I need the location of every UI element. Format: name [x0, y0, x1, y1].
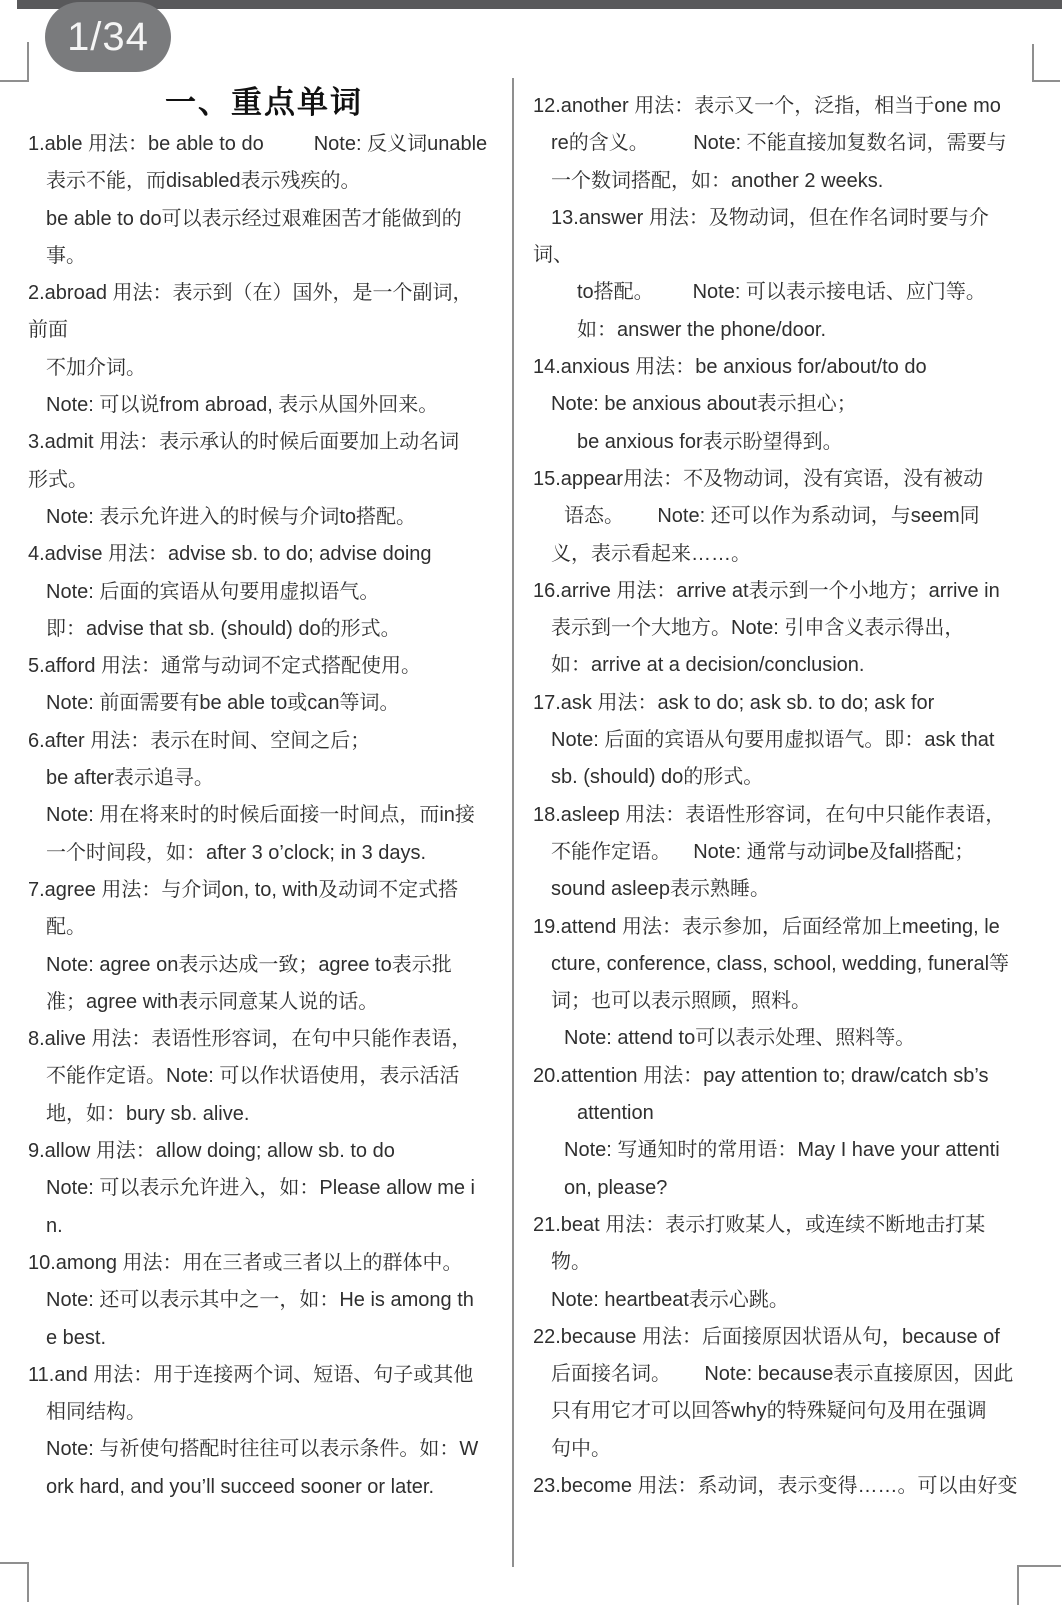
- text-line: 前面: [28, 312, 500, 349]
- text-line: 不能作定语。Note: 可以作状语使用，表示活活: [28, 1058, 500, 1095]
- text-line: 如：arrive at a decision/conclusion.: [533, 647, 1045, 684]
- text-line: 相同结构。: [28, 1394, 500, 1431]
- text-line: 表示不能，而disabled表示残疾的。: [28, 163, 500, 200]
- text-line: on, please?: [533, 1170, 1045, 1207]
- text-line: 准；agree with表示同意某人说的话。: [28, 984, 500, 1021]
- right-column-lines: 12.another 用法：表示又一个，泛指，相当于one more的含义。 N…: [533, 88, 1045, 1505]
- text-line: 3.admit 用法：表示承认的时候后面要加上动名词: [28, 424, 500, 461]
- status-bar: [17, 0, 1062, 9]
- text-line: 表示到一个大地方。Note: 引申含义表示得出，: [533, 610, 1045, 647]
- text-line: 只有用它才可以回答why的特殊疑问句及用在强调: [533, 1393, 1045, 1430]
- text-line: 地，如：bury sb. alive.: [28, 1096, 500, 1133]
- text-line: 不能作定语。 Note: 通常与动词be及fall搭配；: [533, 834, 1045, 871]
- text-line: 7.agree 用法：与介词on, to, with及动词不定式搭: [28, 872, 500, 909]
- text-line: Note: 表示允许进入的时候与介词to搭配。: [28, 499, 500, 536]
- text-line: 23.become 用法：系动词，表示变得……。可以由好变: [533, 1468, 1045, 1505]
- text-line: n.: [28, 1208, 500, 1245]
- text-line: 9.allow 用法：allow doing; allow sb. to do: [28, 1133, 500, 1170]
- text-line: 一个时间段，如：after 3 o’clock; in 3 days.: [28, 835, 500, 872]
- text-line: be after表示追寻。: [28, 760, 500, 797]
- text-line: 8.alive 用法：表语性形容词，在句中只能作表语，: [28, 1021, 500, 1058]
- text-line: Note: be anxious about表示担心；: [533, 386, 1045, 423]
- text-line: Note: 前面需要有be able to或can等词。: [28, 685, 500, 722]
- text-line: Note: 可以说from abroad, 表示从国外回来。: [28, 387, 500, 424]
- left-column-lines: 1.able 用法：be able to do Note: 反义词unable表…: [28, 126, 500, 1506]
- text-line: 词、: [533, 237, 1045, 274]
- text-line: 2.abroad 用法：表示到（在）国外，是一个副词，: [28, 275, 500, 312]
- text-line: ork hard, and you’ll succeed sooner or l…: [28, 1469, 500, 1506]
- text-line: 17.ask 用法：ask to do; ask sb. to do; ask …: [533, 685, 1045, 722]
- text-line: Note: 后面的宾语从句要用虚拟语气。即：ask that: [533, 722, 1045, 759]
- left-column: 一、重点单词 1.able 用法：be able to do Note: 反义词…: [28, 82, 500, 1506]
- crop-corner-bottom-right: [1017, 1565, 1061, 1605]
- text-line: Note: attend to可以表示处理、照料等。: [533, 1020, 1045, 1057]
- text-line: re的含义。 Note: 不能直接加复数名词，需要与: [533, 125, 1045, 162]
- text-line: sb. (should) do的形式。: [533, 759, 1045, 796]
- text-line: 语态。 Note: 还可以作为系动词，与seem同: [533, 498, 1045, 535]
- text-line: Note: 还可以表示其中之一，如：He is among th: [28, 1282, 500, 1319]
- text-line: 不加介词。: [28, 350, 500, 387]
- text-line: 19.attend 用法：表示参加，后面经常加上meeting, le: [533, 909, 1045, 946]
- text-line: 1.able 用法：be able to do Note: 反义词unable: [28, 126, 500, 163]
- text-line: 18.asleep 用法：表语性形容词，在句中只能作表语，: [533, 797, 1045, 834]
- text-line: 词；也可以表示照顾，照料。: [533, 983, 1045, 1020]
- text-line: sound asleep表示熟睡。: [533, 871, 1045, 908]
- text-line: 5.afford 用法：通常与动词不定式搭配使用。: [28, 648, 500, 685]
- text-line: 12.another 用法：表示又一个，泛指，相当于one mo: [533, 88, 1045, 125]
- text-line: 11.and 用法：用于连接两个词、短语、句子或其他: [28, 1357, 500, 1394]
- text-line: 句中。: [533, 1431, 1045, 1468]
- text-line: 22.because 用法：后面接原因状语从句，because of: [533, 1319, 1045, 1356]
- page-number-badge: 1/34: [45, 2, 171, 72]
- crop-corner-top-right: [1032, 44, 1060, 82]
- text-line: e best.: [28, 1320, 500, 1357]
- text-line: 后面接名词。 Note: because表示直接原因，因此: [533, 1356, 1045, 1393]
- section-title: 一、重点单词: [28, 82, 500, 126]
- text-line: be able to do可以表示经过艰难困苦才能做到的: [28, 201, 500, 238]
- text-line: 一个数词搭配，如：another 2 weeks.: [533, 163, 1045, 200]
- text-line: Note: agree on表示达成一致；agree to表示批: [28, 947, 500, 984]
- text-line: 4.advise 用法：advise sb. to do; advise doi…: [28, 536, 500, 573]
- text-line: attention: [533, 1095, 1045, 1132]
- text-line: 13.answer 用法：及物动词，但在作名词时要与介: [533, 200, 1045, 237]
- text-line: Note: 可以表示允许进入，如：Please allow me i: [28, 1170, 500, 1207]
- text-line: 14.anxious 用法：be anxious for/about/to do: [533, 349, 1045, 386]
- text-line: Note: 后面的宾语从句要用虚拟语气。: [28, 574, 500, 611]
- text-line: Note: 写通知时的常用语：May I have your attenti: [533, 1132, 1045, 1169]
- text-line: Note: heartbeat表示心跳。: [533, 1282, 1045, 1319]
- text-line: 6.after 用法：表示在时间、空间之后；: [28, 723, 500, 760]
- text-line: 形式。: [28, 462, 500, 499]
- text-line: 如：answer the phone/door.: [533, 312, 1045, 349]
- text-line: 事。: [28, 238, 500, 275]
- text-line: Note: 与祈使句搭配时往往可以表示条件。如：W: [28, 1431, 500, 1468]
- crop-corner-bottom-left: [0, 1562, 29, 1602]
- text-line: cture, conference, class, school, weddin…: [533, 946, 1045, 983]
- right-column: 12.another 用法：表示又一个，泛指，相当于one more的含义。 N…: [533, 88, 1045, 1505]
- crop-corner-top-left: [0, 42, 29, 82]
- text-line: to搭配。 Note: 可以表示接电话、应门等。: [533, 274, 1045, 311]
- text-line: 20.attention 用法：pay attention to; draw/c…: [533, 1058, 1045, 1095]
- text-line: 10.among 用法：用在三者或三者以上的群体中。: [28, 1245, 500, 1282]
- text-line: Note: 用在将来时的时候后面接一时间点，而in接: [28, 797, 500, 834]
- text-line: be anxious for表示盼望得到。: [533, 424, 1045, 461]
- text-line: 15.appear用法：不及物动词，没有宾语，没有被动: [533, 461, 1045, 498]
- document-page: 1/34 一、重点单词 1.able 用法：be able to do Note…: [0, 0, 1062, 1624]
- text-line: 义，表示看起来……。: [533, 536, 1045, 573]
- text-line: 即：advise that sb. (should) do的形式。: [28, 611, 500, 648]
- text-line: 物。: [533, 1244, 1045, 1281]
- text-line: 16.arrive 用法：arrive at表示到一个小地方；arrive in: [533, 573, 1045, 610]
- text-line: 21.beat 用法：表示打败某人，或连续不断地击打某: [533, 1207, 1045, 1244]
- column-divider: [512, 78, 514, 1567]
- text-line: 配。: [28, 909, 500, 946]
